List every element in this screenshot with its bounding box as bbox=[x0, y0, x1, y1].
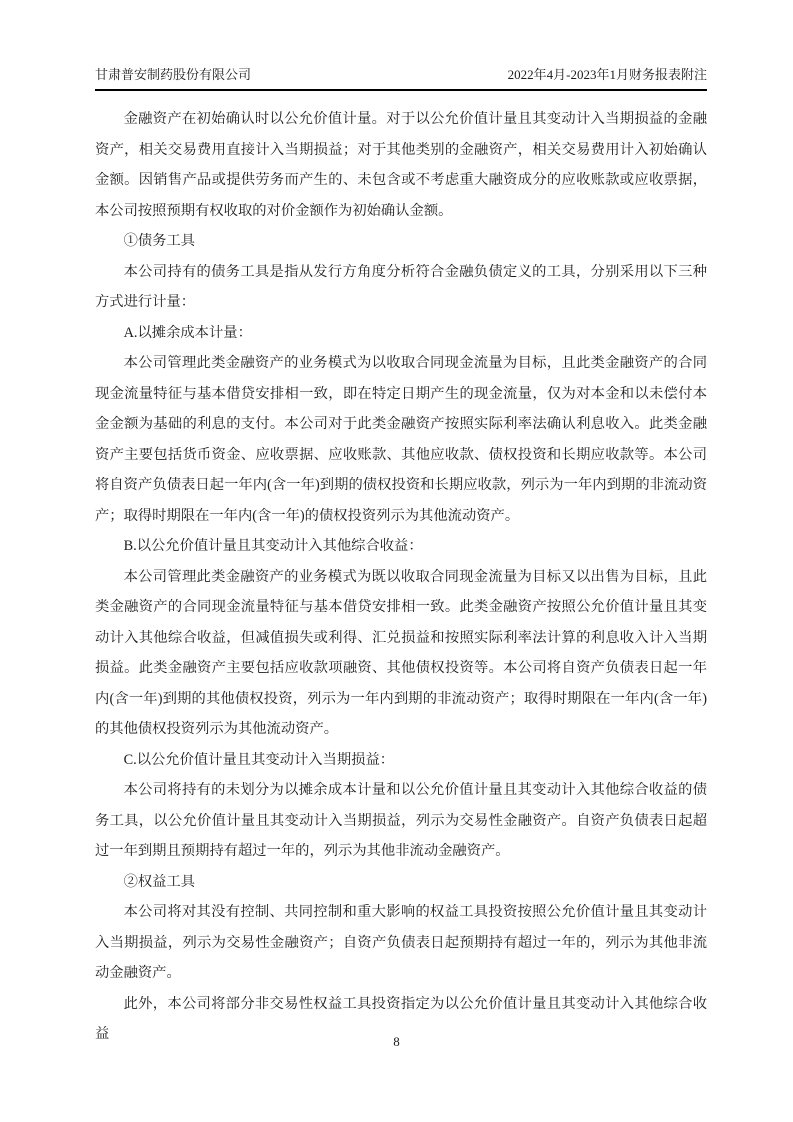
header-report-title: 2022年4月-2023年1月财务报表附注 bbox=[508, 66, 707, 84]
heading-amortized-cost: A.以摊余成本计量： bbox=[95, 318, 707, 349]
paragraph-initial-measurement: 金融资产在初始确认时以公允价值计量。对于以公允价值计量且其变动计入当期损益的金融… bbox=[95, 104, 707, 226]
page-number: 8 bbox=[393, 1034, 400, 1049]
paragraph-fvoci: 本公司管理此类金融资产的业务模式为既以收取合同现金流量为目标又以出售为目标，且此… bbox=[95, 562, 707, 745]
paragraph-fvtpl: 本公司将持有的未划分为以摊余成本计量和以公允价值计量且其变动计入其他综合收益的债… bbox=[95, 775, 707, 867]
heading-debt-instruments: ①债务工具 bbox=[95, 226, 707, 257]
document-body: 金融资产在初始确认时以公允价值计量。对于以公允价值计量且其变动计入当期损益的金融… bbox=[95, 104, 707, 1050]
heading-fvoci: B.以公允价值计量且其变动计入其他综合收益： bbox=[95, 531, 707, 562]
page-footer: 8 bbox=[0, 1034, 793, 1050]
page-header: 甘肃普安制药股份有限公司 2022年4月-2023年1月财务报表附注 bbox=[95, 66, 707, 91]
paragraph-equity-instruments: 本公司将对其没有控制、共同控制和重大影响的权益工具投资按照公允价值计量且其变动计… bbox=[95, 897, 707, 989]
heading-fvtpl: C.以公允价值计量且其变动计入当期损益： bbox=[95, 745, 707, 776]
header-company-name: 甘肃普安制药股份有限公司 bbox=[95, 66, 251, 84]
heading-equity-instruments: ②权益工具 bbox=[95, 867, 707, 898]
document-page: 甘肃普安制药股份有限公司 2022年4月-2023年1月财务报表附注 金融资产在… bbox=[0, 0, 793, 1122]
paragraph-amortized-cost: 本公司管理此类金融资产的业务模式为以收取合同现金流量为目标，且此类金融资产的合同… bbox=[95, 348, 707, 531]
paragraph-debt-instruments-intro: 本公司持有的债务工具是指从发行方角度分析符合金融负债定义的工具，分别采用以下三种… bbox=[95, 257, 707, 318]
